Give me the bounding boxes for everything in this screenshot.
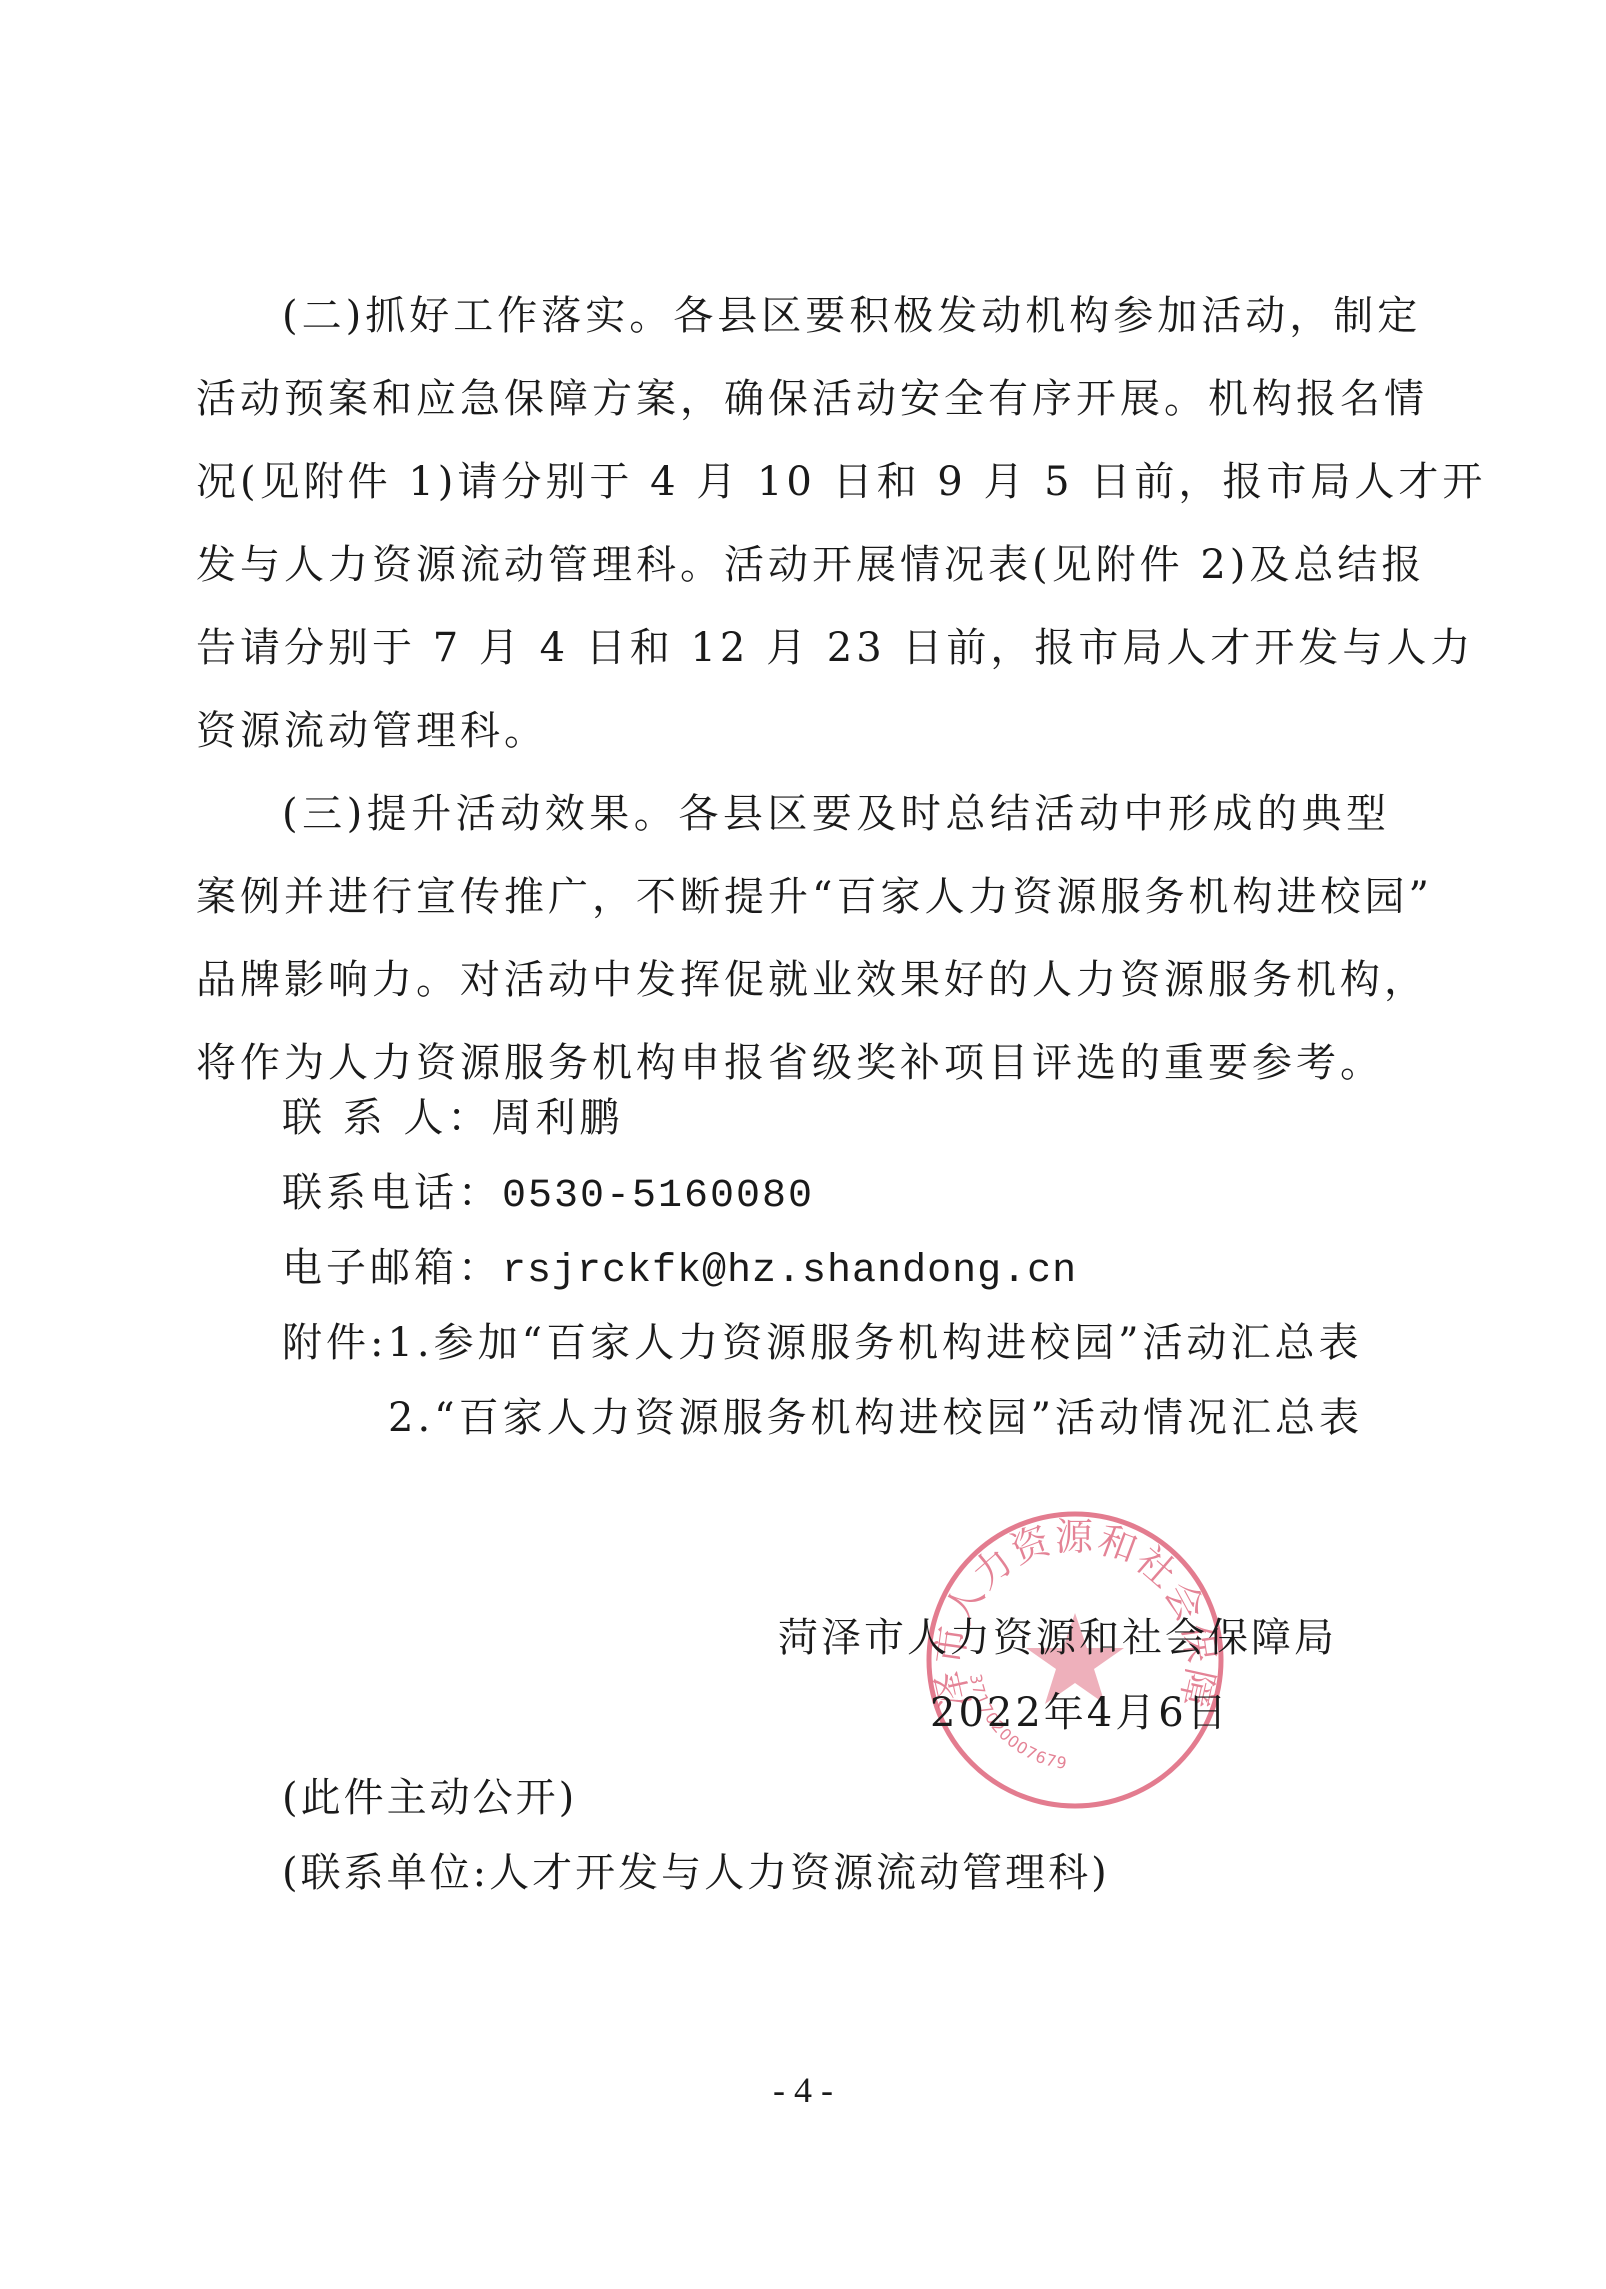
paragraph-line: (三)提升活动效果。各县区要及时总结活动中形成的典型 <box>282 789 1390 839</box>
contact-email-link[interactable]: rsjrckfk@hz.shandong.cn <box>502 1249 1077 1294</box>
contact-person: 联 系 人：周利鹏 <box>282 1093 623 1143</box>
paragraph-line: 况(见附件 1)请分别于 4 月 10 日和 9 月 5 日前，报市局人才开 <box>196 457 1390 507</box>
contact-email: 电子邮箱：rsjrckfk@hz.shandong.cn <box>282 1243 1077 1297</box>
contact-unit-note: (联系单位:人才开发与人力资源流动管理科) <box>282 1848 1110 1898</box>
attachment-1-title[interactable]: 1.参加“百家人力资源服务机构进校园”活动汇总表 <box>387 1320 1362 1366</box>
paragraph-line: 发与人力资源流动管理科。活动开展情况表(见附件 2)及总结报 <box>196 540 1390 590</box>
attachment-item-1: 附件:1.参加“百家人力资源服务机构进校园”活动汇总表 <box>282 1318 1363 1368</box>
paragraph-line: 案例并进行宣传推广，不断提升“百家人力资源服务机构进校园” <box>196 872 1400 922</box>
contact-phone-label: 联系电话： <box>282 1170 502 1216</box>
paragraph-line: 品牌影响力。对活动中发挥促就业效果好的人力资源服务机构， <box>196 955 1400 1005</box>
paragraph-line: 活动预案和应急保障方案，确保活动安全有序开展。机构报名情 <box>196 374 1390 424</box>
contact-phone-value: 0530-5160080 <box>502 1174 814 1219</box>
issuing-organization: 菏泽市人力资源和社会保障局 <box>778 1613 1337 1663</box>
document-page: (二)抓好工作落实。各县区要积极发动机构参加活动，制定 活动预案和应急保障方案，… <box>0 0 1606 2289</box>
disclosure-note: (此件主动公开) <box>282 1773 577 1823</box>
paragraph-line: 资源流动管理科。 <box>196 706 548 756</box>
paragraph-line: 告请分别于 7 月 4 日和 12 月 23 日前，报市局人才开发与人力 <box>196 623 1390 673</box>
contact-email-label: 电子邮箱： <box>282 1245 502 1291</box>
contact-person-value: 周利鹏 <box>491 1095 623 1141</box>
contact-phone: 联系电话：0530-5160080 <box>282 1168 814 1222</box>
contact-person-label: 联 系 人： <box>282 1095 491 1141</box>
attachment-2-title[interactable]: 2.“百家人力资源服务机构进校园”活动情况汇总表 <box>388 1395 1363 1441</box>
paragraph-line: 将作为人力资源服务机构申报省级奖补项目评选的重要参考。 <box>196 1038 1384 1088</box>
page-number: - 4 - <box>0 2068 1606 2112</box>
attachment-item-2: 2.“百家人力资源服务机构进校园”活动情况汇总表 <box>388 1393 1363 1443</box>
paragraph-line: (二)抓好工作落实。各县区要积极发动机构参加活动，制定 <box>282 291 1390 341</box>
issue-date: 2022年4月6日 <box>930 1688 1230 1738</box>
attachments-label: 附件: <box>282 1320 387 1366</box>
